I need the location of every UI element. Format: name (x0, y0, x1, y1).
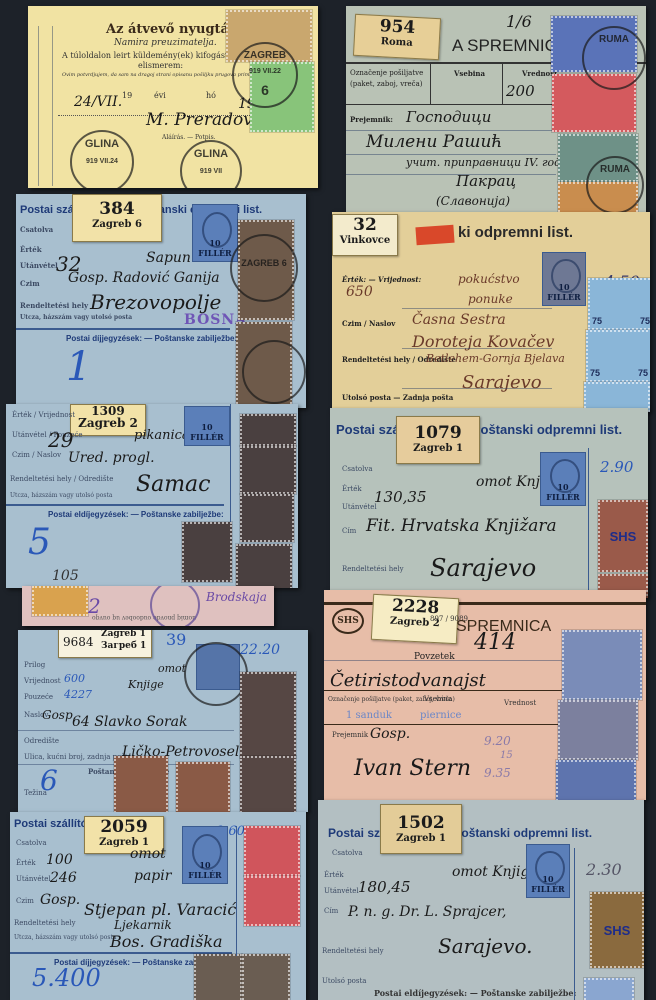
stamp-red (244, 876, 300, 926)
cancellation-postmark (242, 340, 306, 404)
parcel-card-954-roma: 954 Roma A SPREMNICA 1/6 Označenje pošil… (346, 6, 646, 212)
franko-amount: 22.20 (240, 642, 280, 658)
weight-mark: 6 (40, 764, 58, 797)
stamp-brown-black (194, 954, 242, 1000)
stamp-dark-brown (236, 544, 292, 588)
form-title: ki odpremni list. (458, 224, 573, 241)
value: 200 (506, 82, 535, 100)
franko-amount: 2.30 (586, 860, 622, 879)
stamp-dark-brown (240, 494, 294, 542)
parcel-card-1309-zagreb2: 1309 Zagreb 2 Érték / Vrijednost Utánvét… (6, 404, 298, 588)
registration-label: 32 Vinkovce (332, 214, 398, 256)
value: 650 (346, 284, 373, 300)
registration-label: 954 Roma (353, 14, 441, 60)
red-a-marker (415, 225, 454, 246)
cancellation-postmark: GLINA919 VII.24 (70, 130, 134, 188)
stamp-dark-brown (182, 522, 232, 582)
postal-indicia: 10 FILLÉR (182, 826, 228, 884)
postal-indicia: 10 FILLÉR (184, 406, 230, 446)
stamp-blue (584, 978, 634, 1000)
cancellation-postmark (150, 586, 200, 626)
stamp-75: 7575 (586, 330, 650, 382)
stamp-dark-brown (240, 446, 296, 494)
stamp-brown-portrait (114, 756, 168, 812)
cancellation-postmark: ZAGREB919 VII.226 (232, 42, 298, 108)
postal-indicia: 10 FILLÉR (526, 844, 570, 898)
stamp-dark-brown (240, 756, 296, 812)
stamp-blue (556, 760, 636, 800)
cancellation-postmark: RUMA (586, 156, 644, 212)
parcel-card-2059-zagreb1: Postai szállítólevél 2059 Zagreb 1 Csato… (10, 812, 306, 1000)
stamp-shs-overprint: SHS (598, 500, 648, 572)
parcel-card-384-zagreb6: Postai szállítólevél — Poštanski odpremn… (16, 194, 306, 408)
weight-mark: 5.400 (32, 964, 101, 992)
cancellation-postmark: GLINA919 VII (180, 140, 242, 188)
parcel-card-9684-zagreb1: 9684 Zagreb 1 Загреб 1 39 Prilog Vrijedn… (18, 630, 308, 812)
cancellation-postmark: ZAGREB 6 (230, 234, 298, 302)
weight-mark: 5 (28, 522, 51, 563)
postal-indicia: 10 FILLÉR (540, 452, 586, 506)
stamp-shs-overprint: SHS (590, 892, 644, 968)
parcel-card-1502-zagreb1: Postai szállítólevél — Poštanski odpremn… (318, 800, 644, 1000)
shs-logo: SHS (332, 608, 364, 634)
parcel-card-32-vinkovce: 32 Vinkovce ki odpremni list. Érték: — V… (332, 212, 650, 412)
stamp-dark-brown (240, 672, 296, 758)
postal-indicia: 10 FILLÉR (192, 204, 238, 262)
postal-indicia: 10 FILLÉR (542, 252, 586, 306)
stamp-brown-portrait (176, 762, 230, 812)
cancellation-postmark: RUMA (582, 26, 646, 90)
weight-mark: 1 (66, 344, 91, 390)
registration-label: 384 Zagreb 6 (72, 194, 162, 242)
registration-label: 1079 Zagreb 1 (396, 416, 480, 464)
parcel-card-pink-strip: 2 Brodskaja uomiq pnovde oudoobev uq ouv… (22, 586, 274, 626)
receipt-date: 24/VII. (74, 94, 122, 110)
stamp-blue (562, 630, 642, 700)
stamp-red (244, 826, 300, 876)
cancellation-postmark (184, 642, 248, 706)
stamp-orange (32, 586, 88, 616)
registration-label: 1502 Zagreb 1 (380, 804, 462, 854)
receipt-card-glina: Az átvevő nyugtája. Namira preuzimatelja… (28, 6, 318, 188)
stamp-75: 7575 (588, 278, 650, 330)
top-note: 1/6 (506, 12, 532, 31)
stamp-dark-brown (240, 414, 296, 446)
franko-amount: 2.90 (600, 458, 633, 476)
parcel-card-1079-zagreb1: Postai szállítólevél — Poštanski odpremn… (330, 408, 648, 598)
parcel-card-2228-zagreb2: SHS 2228 Zagreb 2 897 / 9089 SPREMNICA P… (324, 590, 646, 800)
stamp-gray-blue (558, 700, 638, 760)
registration-label: 9684 Zagreb 1 Загреб 1 (58, 630, 152, 658)
stamp-brown-black (242, 954, 290, 1000)
